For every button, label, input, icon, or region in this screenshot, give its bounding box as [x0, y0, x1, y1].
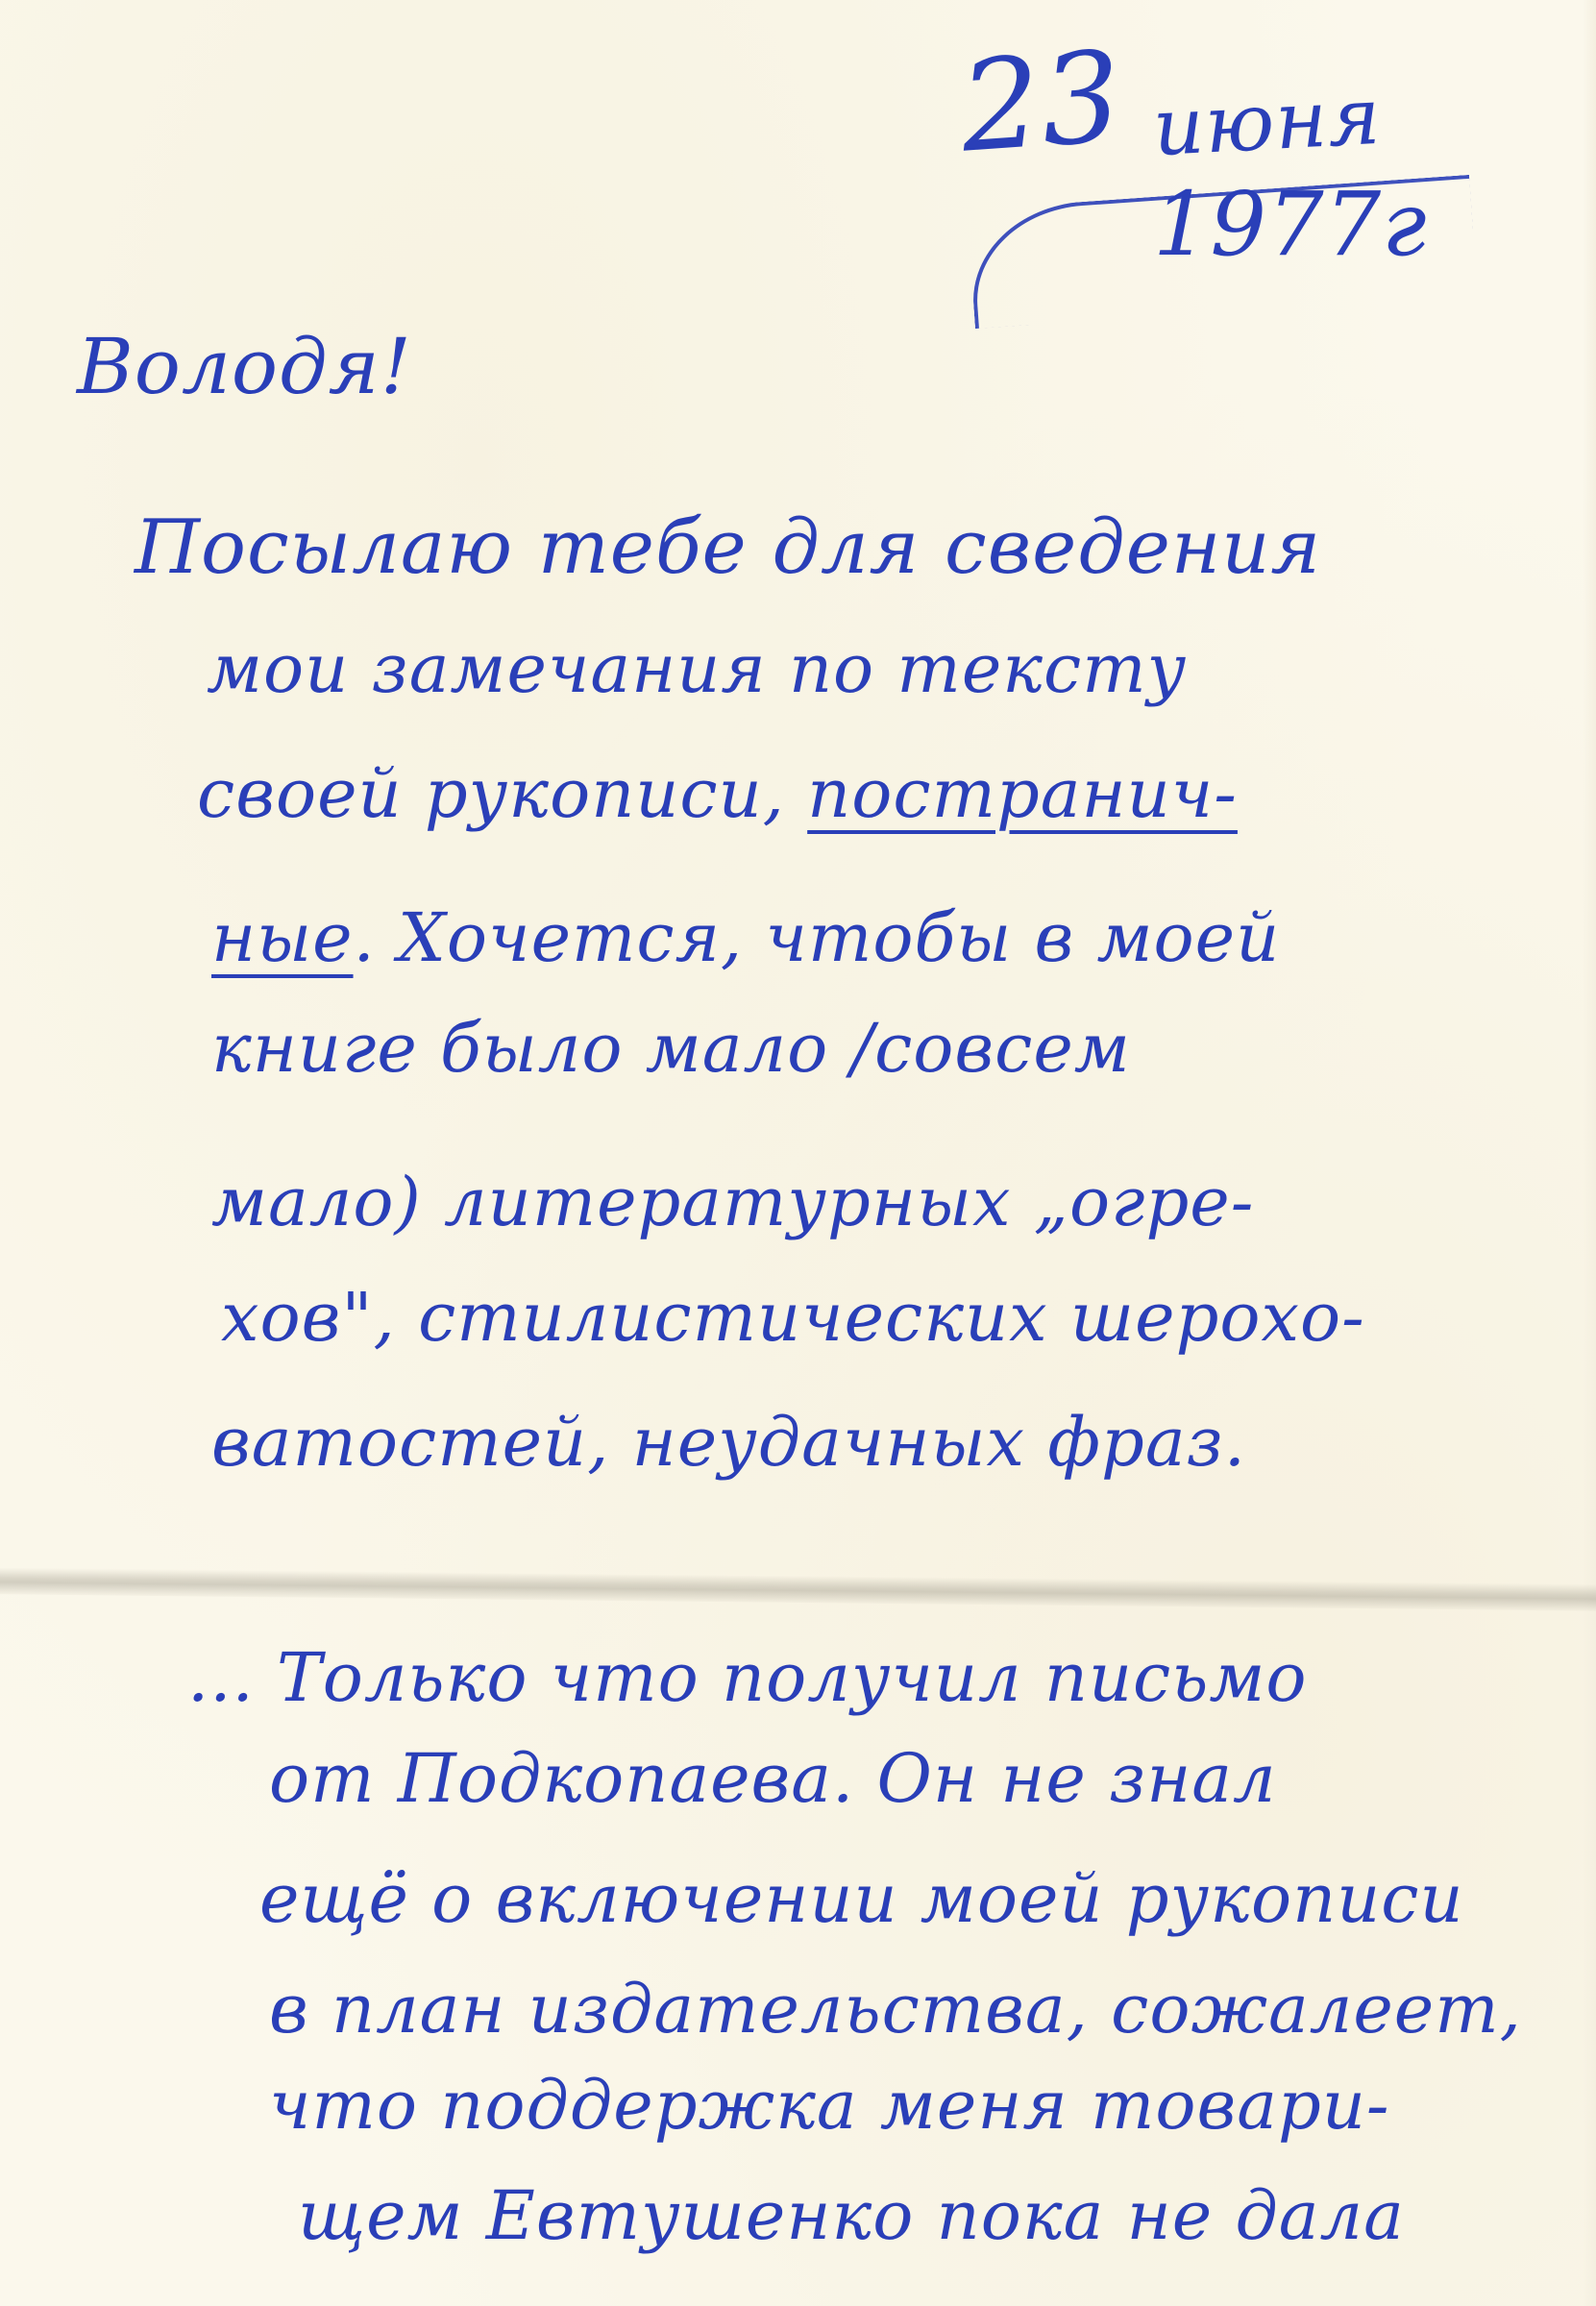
body-line-3-text: своей рукописи,: [197, 754, 807, 833]
body-line-6: мало) литературных „огре-: [211, 1163, 1254, 1241]
body-line-4: ные. Хочется, чтобы в моей: [211, 898, 1280, 977]
body-line-2: мои замечания по тексту: [207, 629, 1187, 708]
body-line-8: ватостей, неудачных фраз.: [211, 1403, 1246, 1482]
underlined-word: ные: [211, 898, 354, 977]
body-line-1: Посылаю тебе для сведения: [135, 504, 1321, 591]
body-line-4-text: . Хочется, чтобы в моей: [354, 898, 1281, 977]
paper-edge: [1583, 0, 1596, 2306]
greeting: Володя!: [77, 322, 412, 411]
body-line-10: от Подкопаева. Он не знал: [269, 1739, 1277, 1818]
body-line-5: книге было мало /совсем: [211, 1009, 1131, 1088]
body-line-3: своей рукописи, постранич-: [197, 754, 1238, 833]
body-line-13: что поддержка меня товари-: [269, 2066, 1390, 2145]
body-line-14: щем Евтушенко пока не дала: [298, 2176, 1405, 2255]
underlined-word: постранич-: [807, 754, 1238, 833]
body-line-7: хов", стилистических шерохо-: [221, 1278, 1365, 1357]
date-day: 23: [956, 23, 1127, 180]
body-line-9: ... Только что получил письмо: [187, 1638, 1308, 1717]
body-line-11: ещё о включении моей рукописи: [259, 1859, 1464, 1938]
date-month: июня: [1151, 71, 1384, 174]
date-year: 1977г: [1153, 173, 1428, 276]
body-line-12: в план издательства, сожалеет,: [269, 1970, 1522, 2048]
